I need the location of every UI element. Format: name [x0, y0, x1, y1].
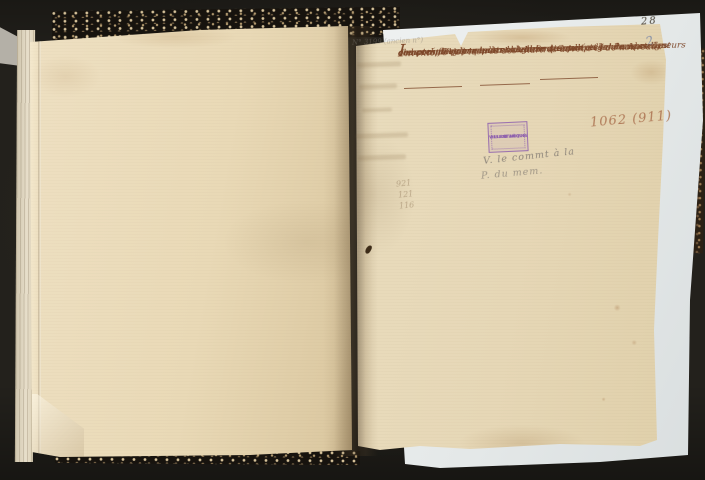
library-stamp: BIBLIOTHÈQUE DE LA VILLE D'AMIENS — [487, 121, 528, 153]
right-manuscript-page — [352, 20, 692, 456]
left-page-fold-line — [38, 24, 41, 460]
left-blank-page — [26, 24, 356, 460]
right-page-stains — [352, 20, 692, 456]
stamp-line-3: VILLE D'AMIENS — [489, 134, 528, 140]
folio-number: 28 — [641, 15, 658, 27]
left-page-stains — [26, 24, 356, 460]
margin-number: 121 — [398, 189, 414, 199]
margin-number: 116 — [399, 200, 415, 210]
archival-photo-canvas: N° 3199 (ancien n°) 28 2 Inventoire des … — [0, 0, 705, 480]
margin-number: 921 — [396, 178, 412, 188]
